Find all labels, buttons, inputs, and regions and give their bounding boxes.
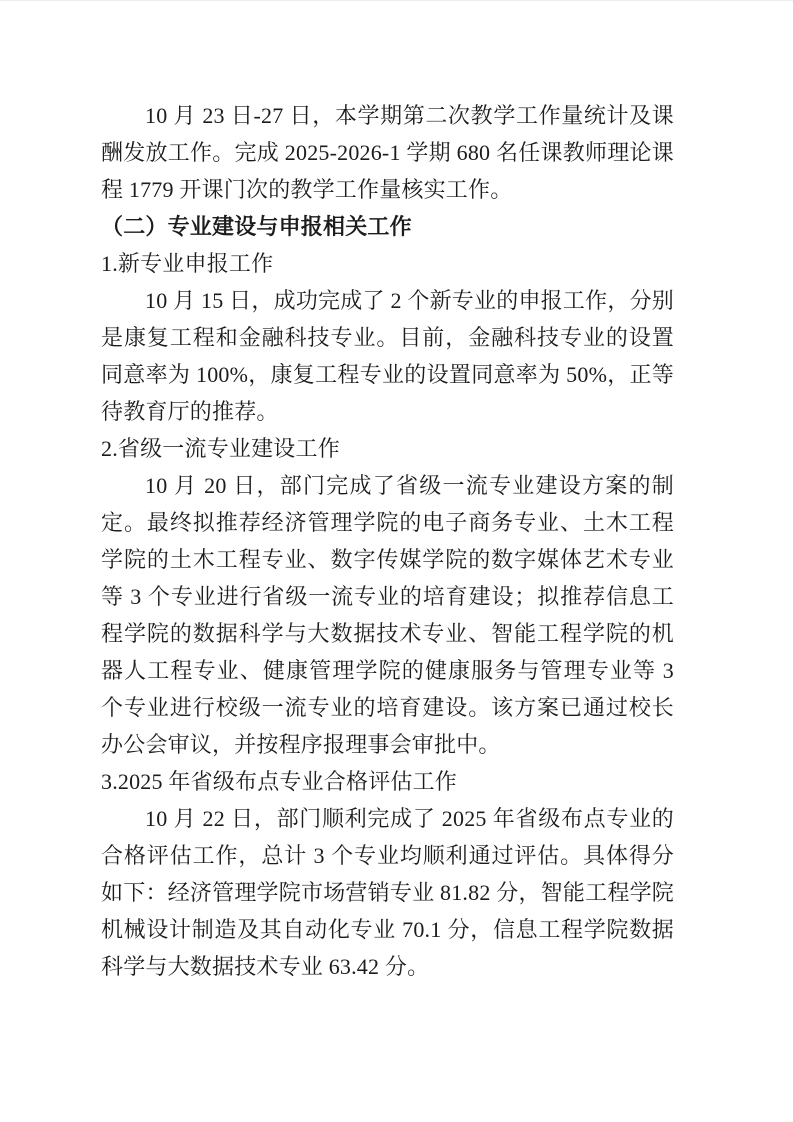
paragraph-new-major-application: 10 月 15 日，成功完成了 2 个新专业的申报工作，分别是康复工程和金融科技… xyxy=(101,282,674,430)
document-page: 10 月 23 日-27 日，本学期第二次教学工作量统计及课酬发放工作。完成 2… xyxy=(0,0,793,1122)
sub-heading-new-major-application: 1.新专业申报工作 xyxy=(101,245,674,282)
sub-heading-provincial-first-class-major: 2.省级一流专业建设工作 xyxy=(101,430,674,467)
sub-heading-major-qualification-evaluation: 3.2025 年省级布点专业合格评估工作 xyxy=(101,763,674,800)
paragraph-major-qualification-evaluation: 10 月 22 日，部门顺利完成了 2025 年省级布点专业的合格评估工作，总计… xyxy=(101,800,674,985)
section-heading-major-construction: （二）专业建设与申报相关工作 xyxy=(101,208,674,245)
paragraph-teaching-workload: 10 月 23 日-27 日，本学期第二次教学工作量统计及课酬发放工作。完成 2… xyxy=(101,97,674,208)
paragraph-provincial-first-class-major: 10 月 20 日，部门完成了省级一流专业建设方案的制定。最终拟推荐经济管理学院… xyxy=(101,467,674,763)
